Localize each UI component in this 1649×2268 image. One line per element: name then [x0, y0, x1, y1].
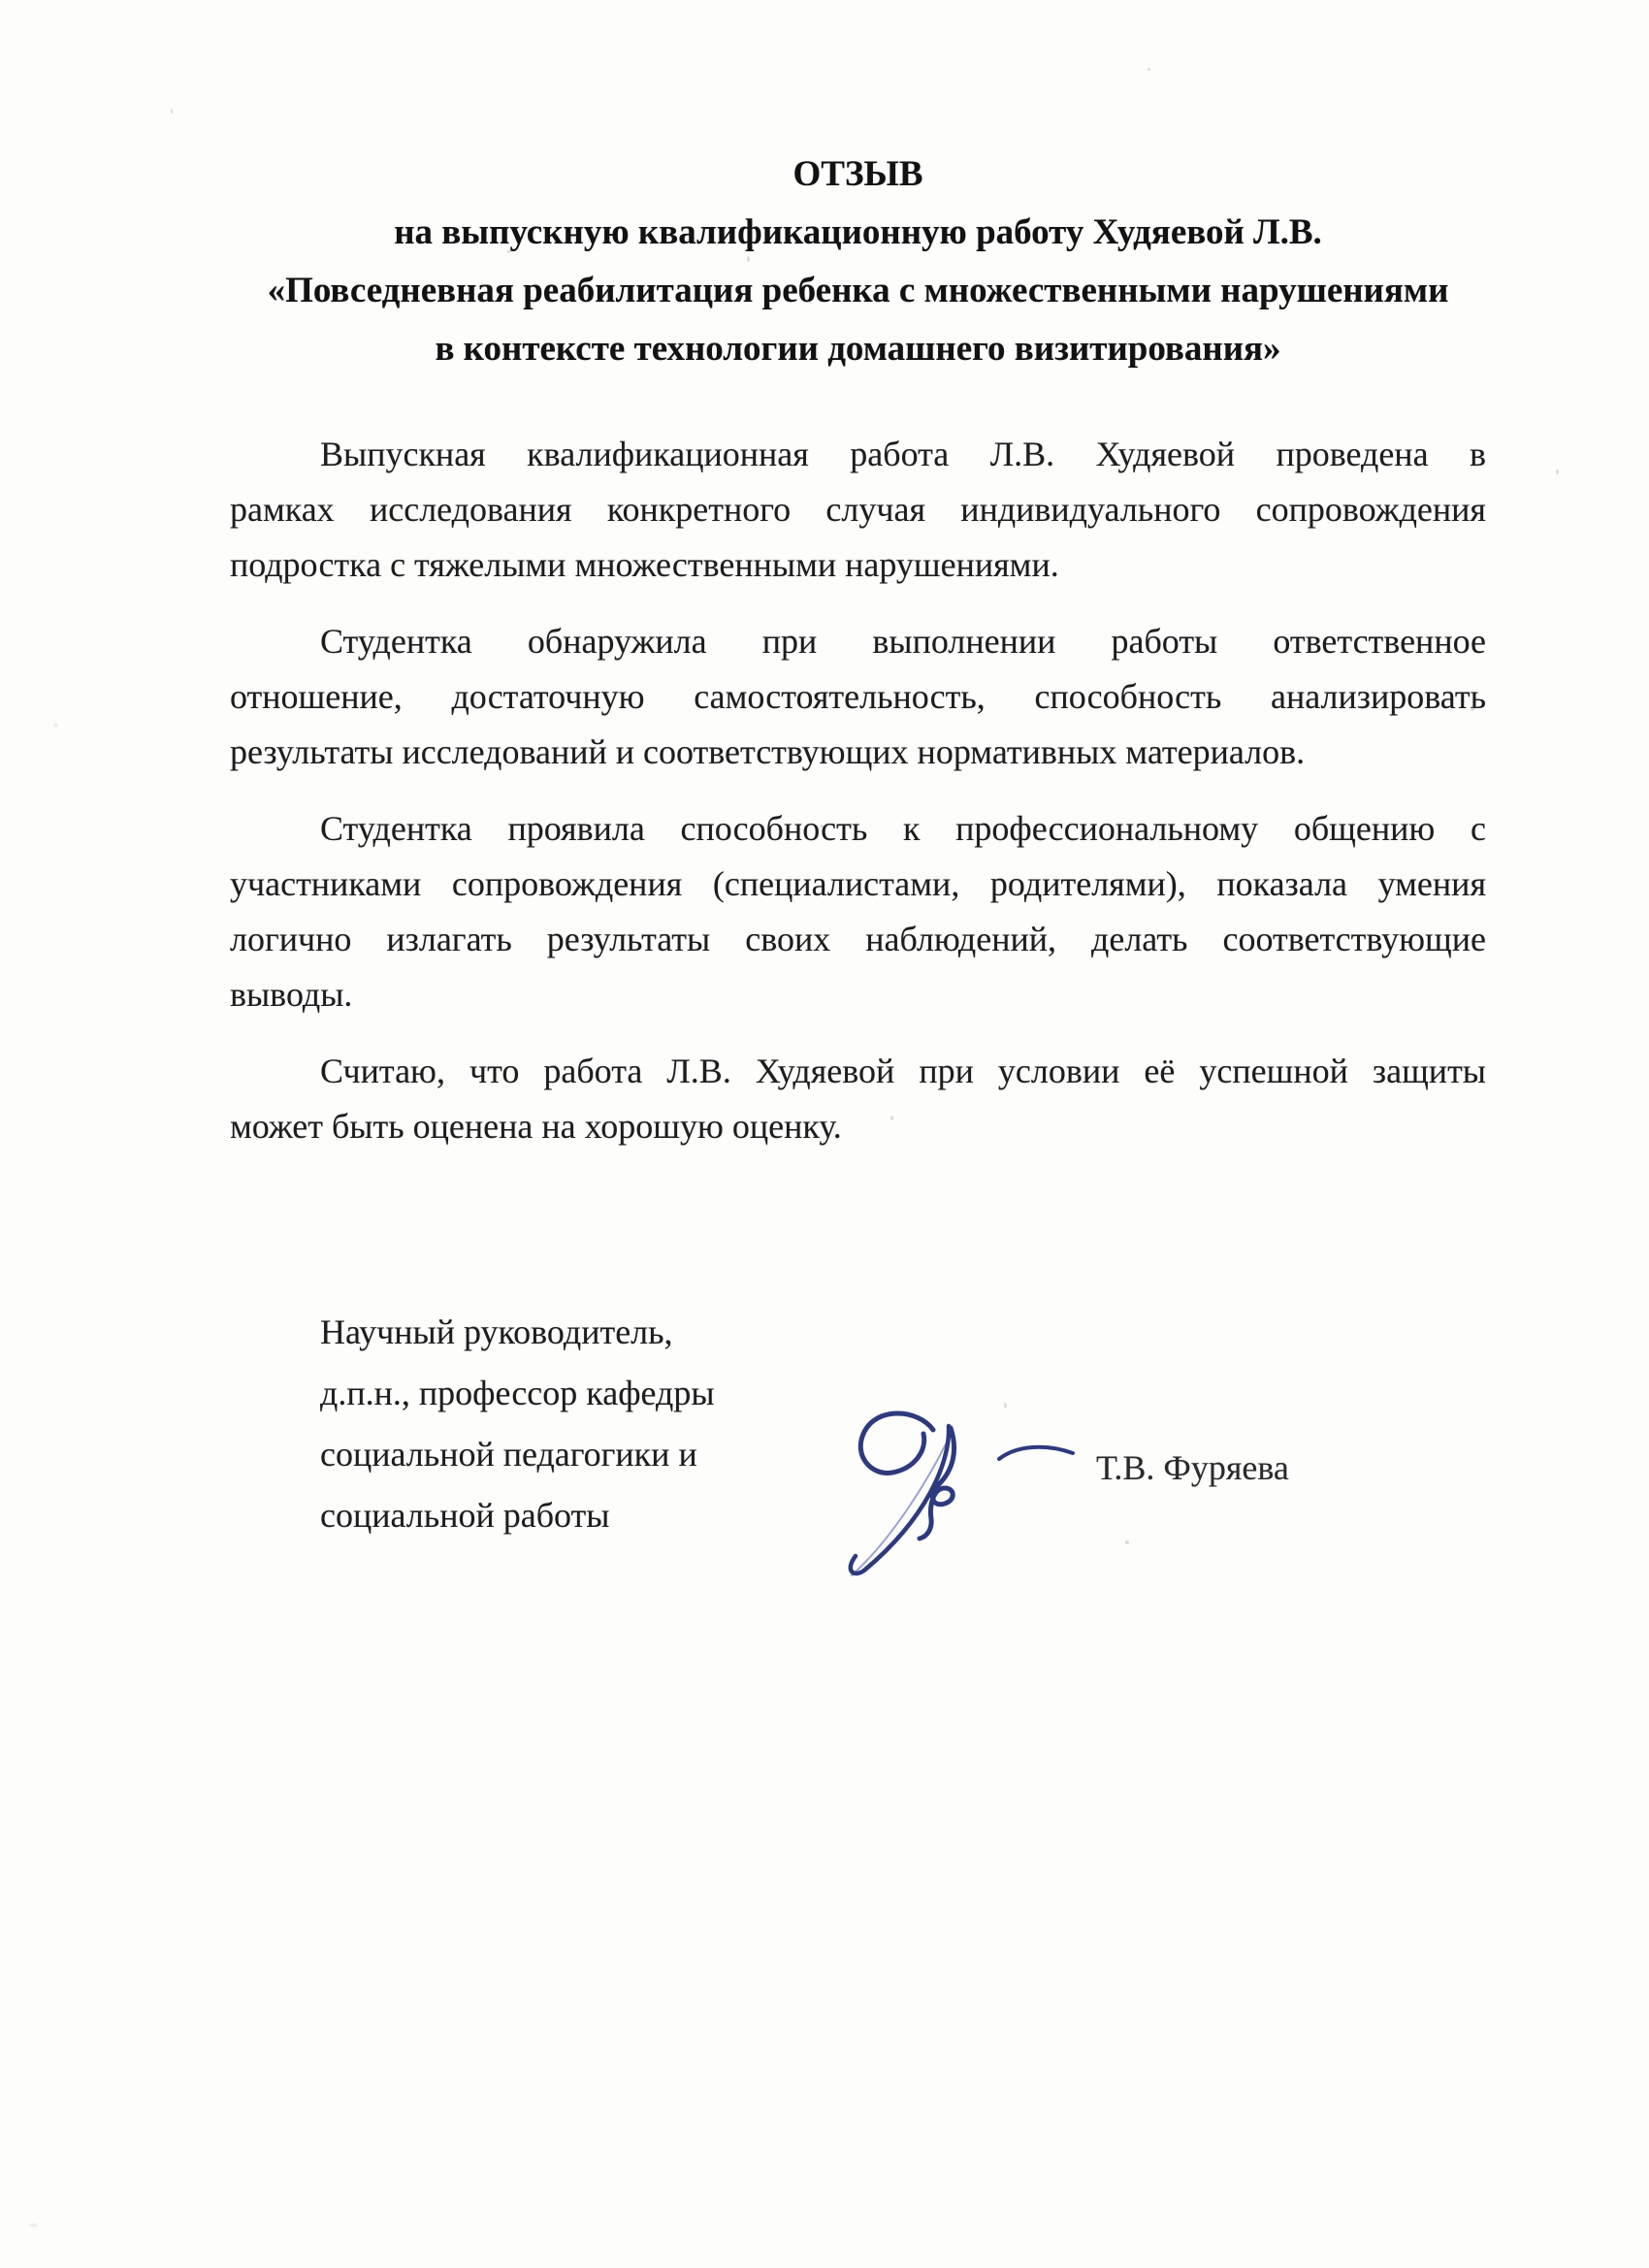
paragraph-line: участниками сопровождения (специалистами… [230, 857, 1486, 912]
paragraph-line: выводы. [230, 967, 1486, 1022]
scan-speck [1148, 68, 1150, 71]
paragraph: Выпускная квалификационная работа Л.В. Х… [230, 427, 1486, 593]
scan-speck [29, 2223, 38, 2227]
scan-speck [507, 250, 510, 253]
scan-speck [820, 825, 824, 827]
scan-speck [1004, 1403, 1007, 1409]
signature-role-line: Научный руководитель, [320, 1302, 1486, 1363]
document-title: ОТЗЫВ [230, 146, 1486, 204]
paragraph: Считаю, что работа Л.В. Худяевой при усл… [230, 1044, 1486, 1154]
paragraph-line: логично излагать результаты своих наблюд… [230, 912, 1486, 967]
scan-speck [171, 109, 173, 113]
paragraph-line: результаты исследований и соответствующи… [230, 725, 1486, 780]
document-content: ОТЗЫВ на выпускную квалификационную рабо… [230, 146, 1486, 1546]
paragraph-line: Выпускная квалификационная работа Л.В. Х… [230, 427, 1486, 482]
scanned-document-page: ОТЗЫВ на выпускную квалификационную рабо… [0, 0, 1649, 2268]
paragraph-line: Студентка проявила способность к професс… [230, 801, 1486, 857]
paragraph-line: Считаю, что работа Л.В. Худяевой при усл… [230, 1044, 1486, 1099]
signatory-name: Т.В. Фуряева [1096, 1447, 1289, 1488]
scan-speck [1125, 1540, 1129, 1544]
signature-loop-stroke [860, 1413, 933, 1473]
paragraph: Студентка обнаружила при выполнении рабо… [230, 614, 1486, 780]
scan-speck [53, 723, 58, 728]
document-subtitle-line: в контексте технологии домашнего визитир… [230, 320, 1486, 378]
scan-speck [890, 1116, 893, 1120]
paragraph-line: отношение, достаточную самостоятельность… [230, 669, 1486, 725]
scan-speck [1471, 705, 1474, 711]
paragraph: Студентка проявила способность к професс… [230, 801, 1486, 1022]
paragraph-line: подростка с тяжелыми множественными нару… [230, 537, 1486, 593]
signature-ink [836, 1405, 1088, 1589]
document-subtitle-line: «Повседневная реабилитация ребенка с мно… [230, 262, 1486, 320]
scan-speck [747, 256, 750, 262]
signature-dash [999, 1447, 1073, 1459]
document-title-block: ОТЗЫВ на выпускную квалификационную рабо… [230, 146, 1486, 378]
paragraph-line: может быть оценена на хорошую оценку. [230, 1099, 1486, 1154]
document-subtitle-line: на выпускную квалификационную работу Худ… [230, 204, 1486, 262]
paragraph-line: рамках исследования конкретного случая и… [230, 482, 1486, 537]
paragraph-line: Студентка обнаружила при выполнении рабо… [230, 614, 1486, 669]
scan-speck [1556, 470, 1559, 474]
